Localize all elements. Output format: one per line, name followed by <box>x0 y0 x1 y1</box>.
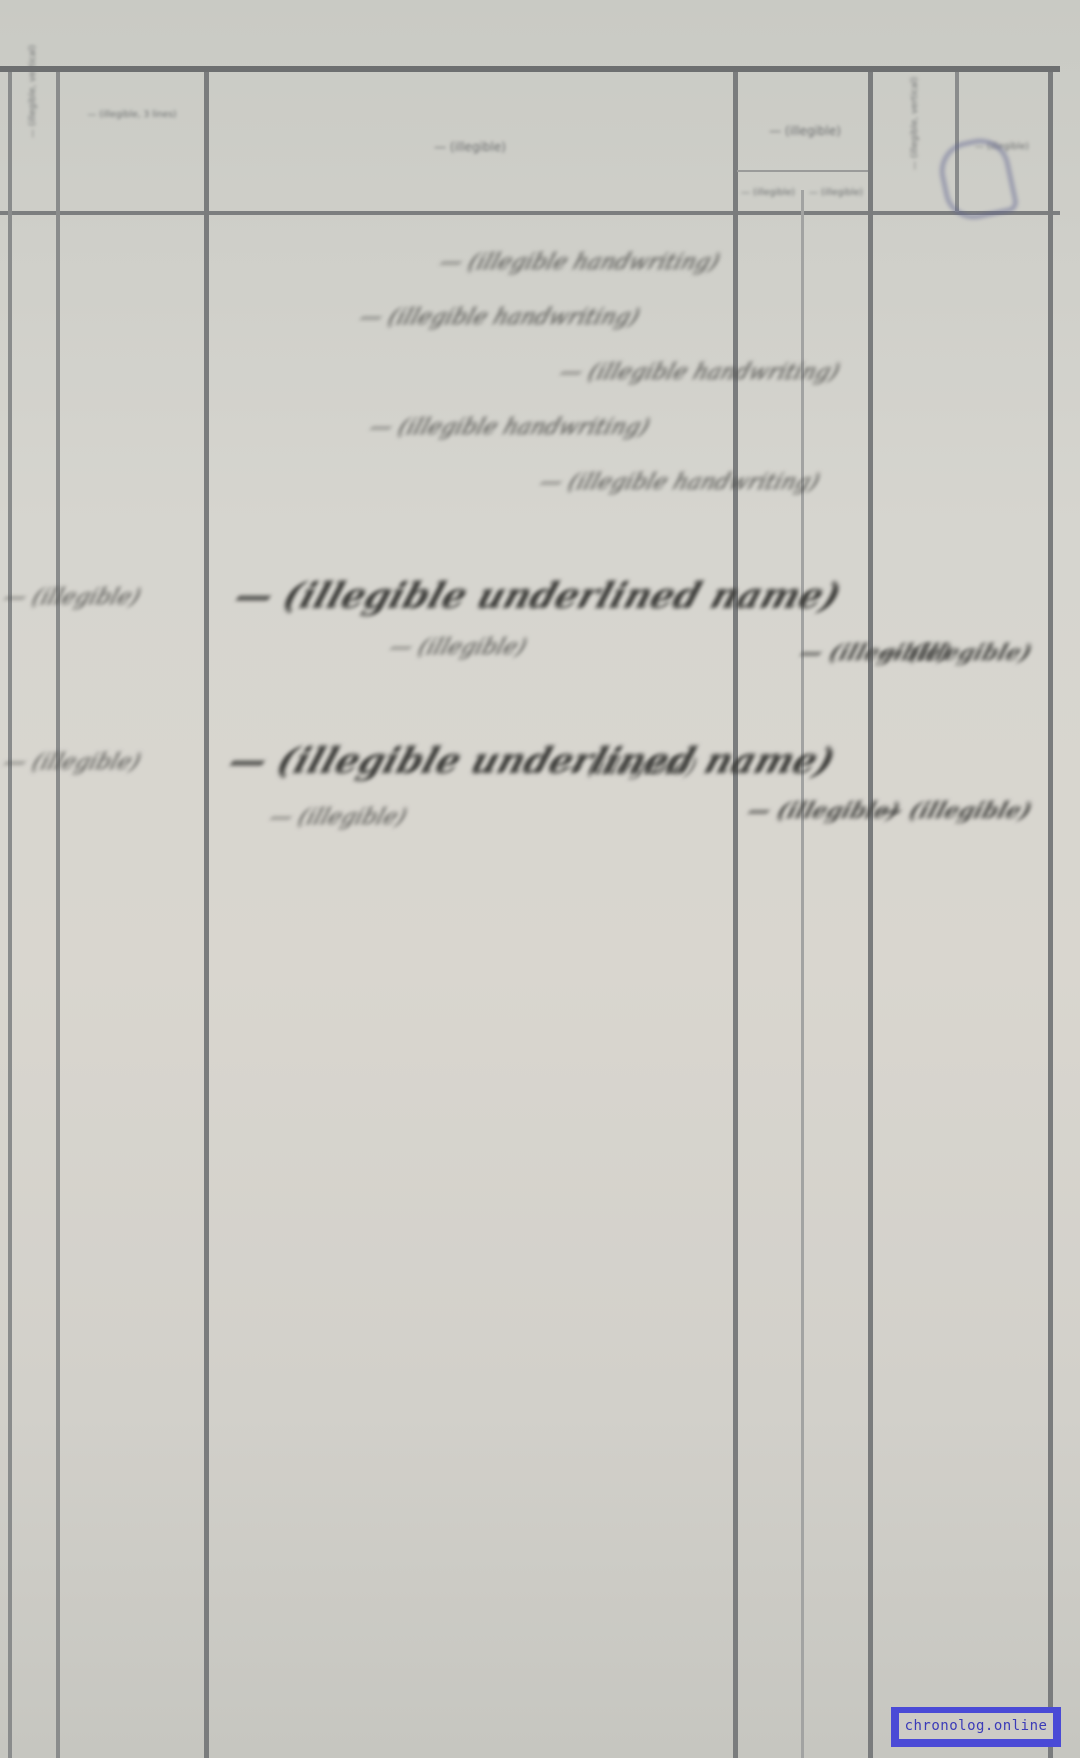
entry-line: — (illegible handwriting) <box>366 415 653 440</box>
column-rule <box>733 72 738 1758</box>
section-title: — (illegible underlined name) <box>223 740 840 782</box>
ledger-page: — (illegible, vertical) — (illegible, 3 … <box>0 0 1080 1758</box>
margin-note: — (illegible) <box>0 750 144 775</box>
column-rule <box>801 190 804 1758</box>
entry-line: — (illegible handwriting) <box>436 250 723 275</box>
entry-line: — (illegible handwriting) <box>556 360 843 385</box>
watermark-badge: chronolog.online <box>891 1707 1061 1747</box>
header-col-1: — (illegible, vertical) <box>28 92 38 138</box>
column-rule <box>8 72 12 1758</box>
header-col-2: — (illegible, 3 lines) <box>64 110 200 120</box>
entry-line: — (illegible) <box>266 805 410 830</box>
header-col-4-sub-b: — (illegible) <box>806 188 866 198</box>
section-title: — (illegible underlined name) <box>229 575 846 617</box>
section-title-suffix: — (illegible) <box>556 755 700 780</box>
column-rule <box>204 72 209 1758</box>
entry-line: — (illegible handwriting) <box>356 305 643 330</box>
column-rule <box>868 72 873 1758</box>
entry-line: — (illegible handwriting) <box>536 470 823 495</box>
header-col-4: — (illegible) <box>760 124 850 138</box>
column-rule <box>56 72 60 1758</box>
amount: — (illegible) <box>876 640 1035 666</box>
header-bottom-rule <box>0 211 1060 215</box>
header-col-3: — (illegible) <box>320 140 620 154</box>
header-col-4-sub-a: — (illegible) <box>738 188 798 198</box>
top-rule <box>0 66 1060 72</box>
column-rule <box>1048 72 1053 1758</box>
entry-line: — (illegible) <box>386 635 530 660</box>
margin-note: — (illegible) <box>0 585 144 610</box>
header-col-5: — (illegible, vertical) <box>910 100 920 170</box>
header-sub-rule <box>737 170 868 172</box>
amount: — (illegible) <box>876 798 1035 824</box>
watermark-text: chronolog.online <box>899 1713 1053 1739</box>
